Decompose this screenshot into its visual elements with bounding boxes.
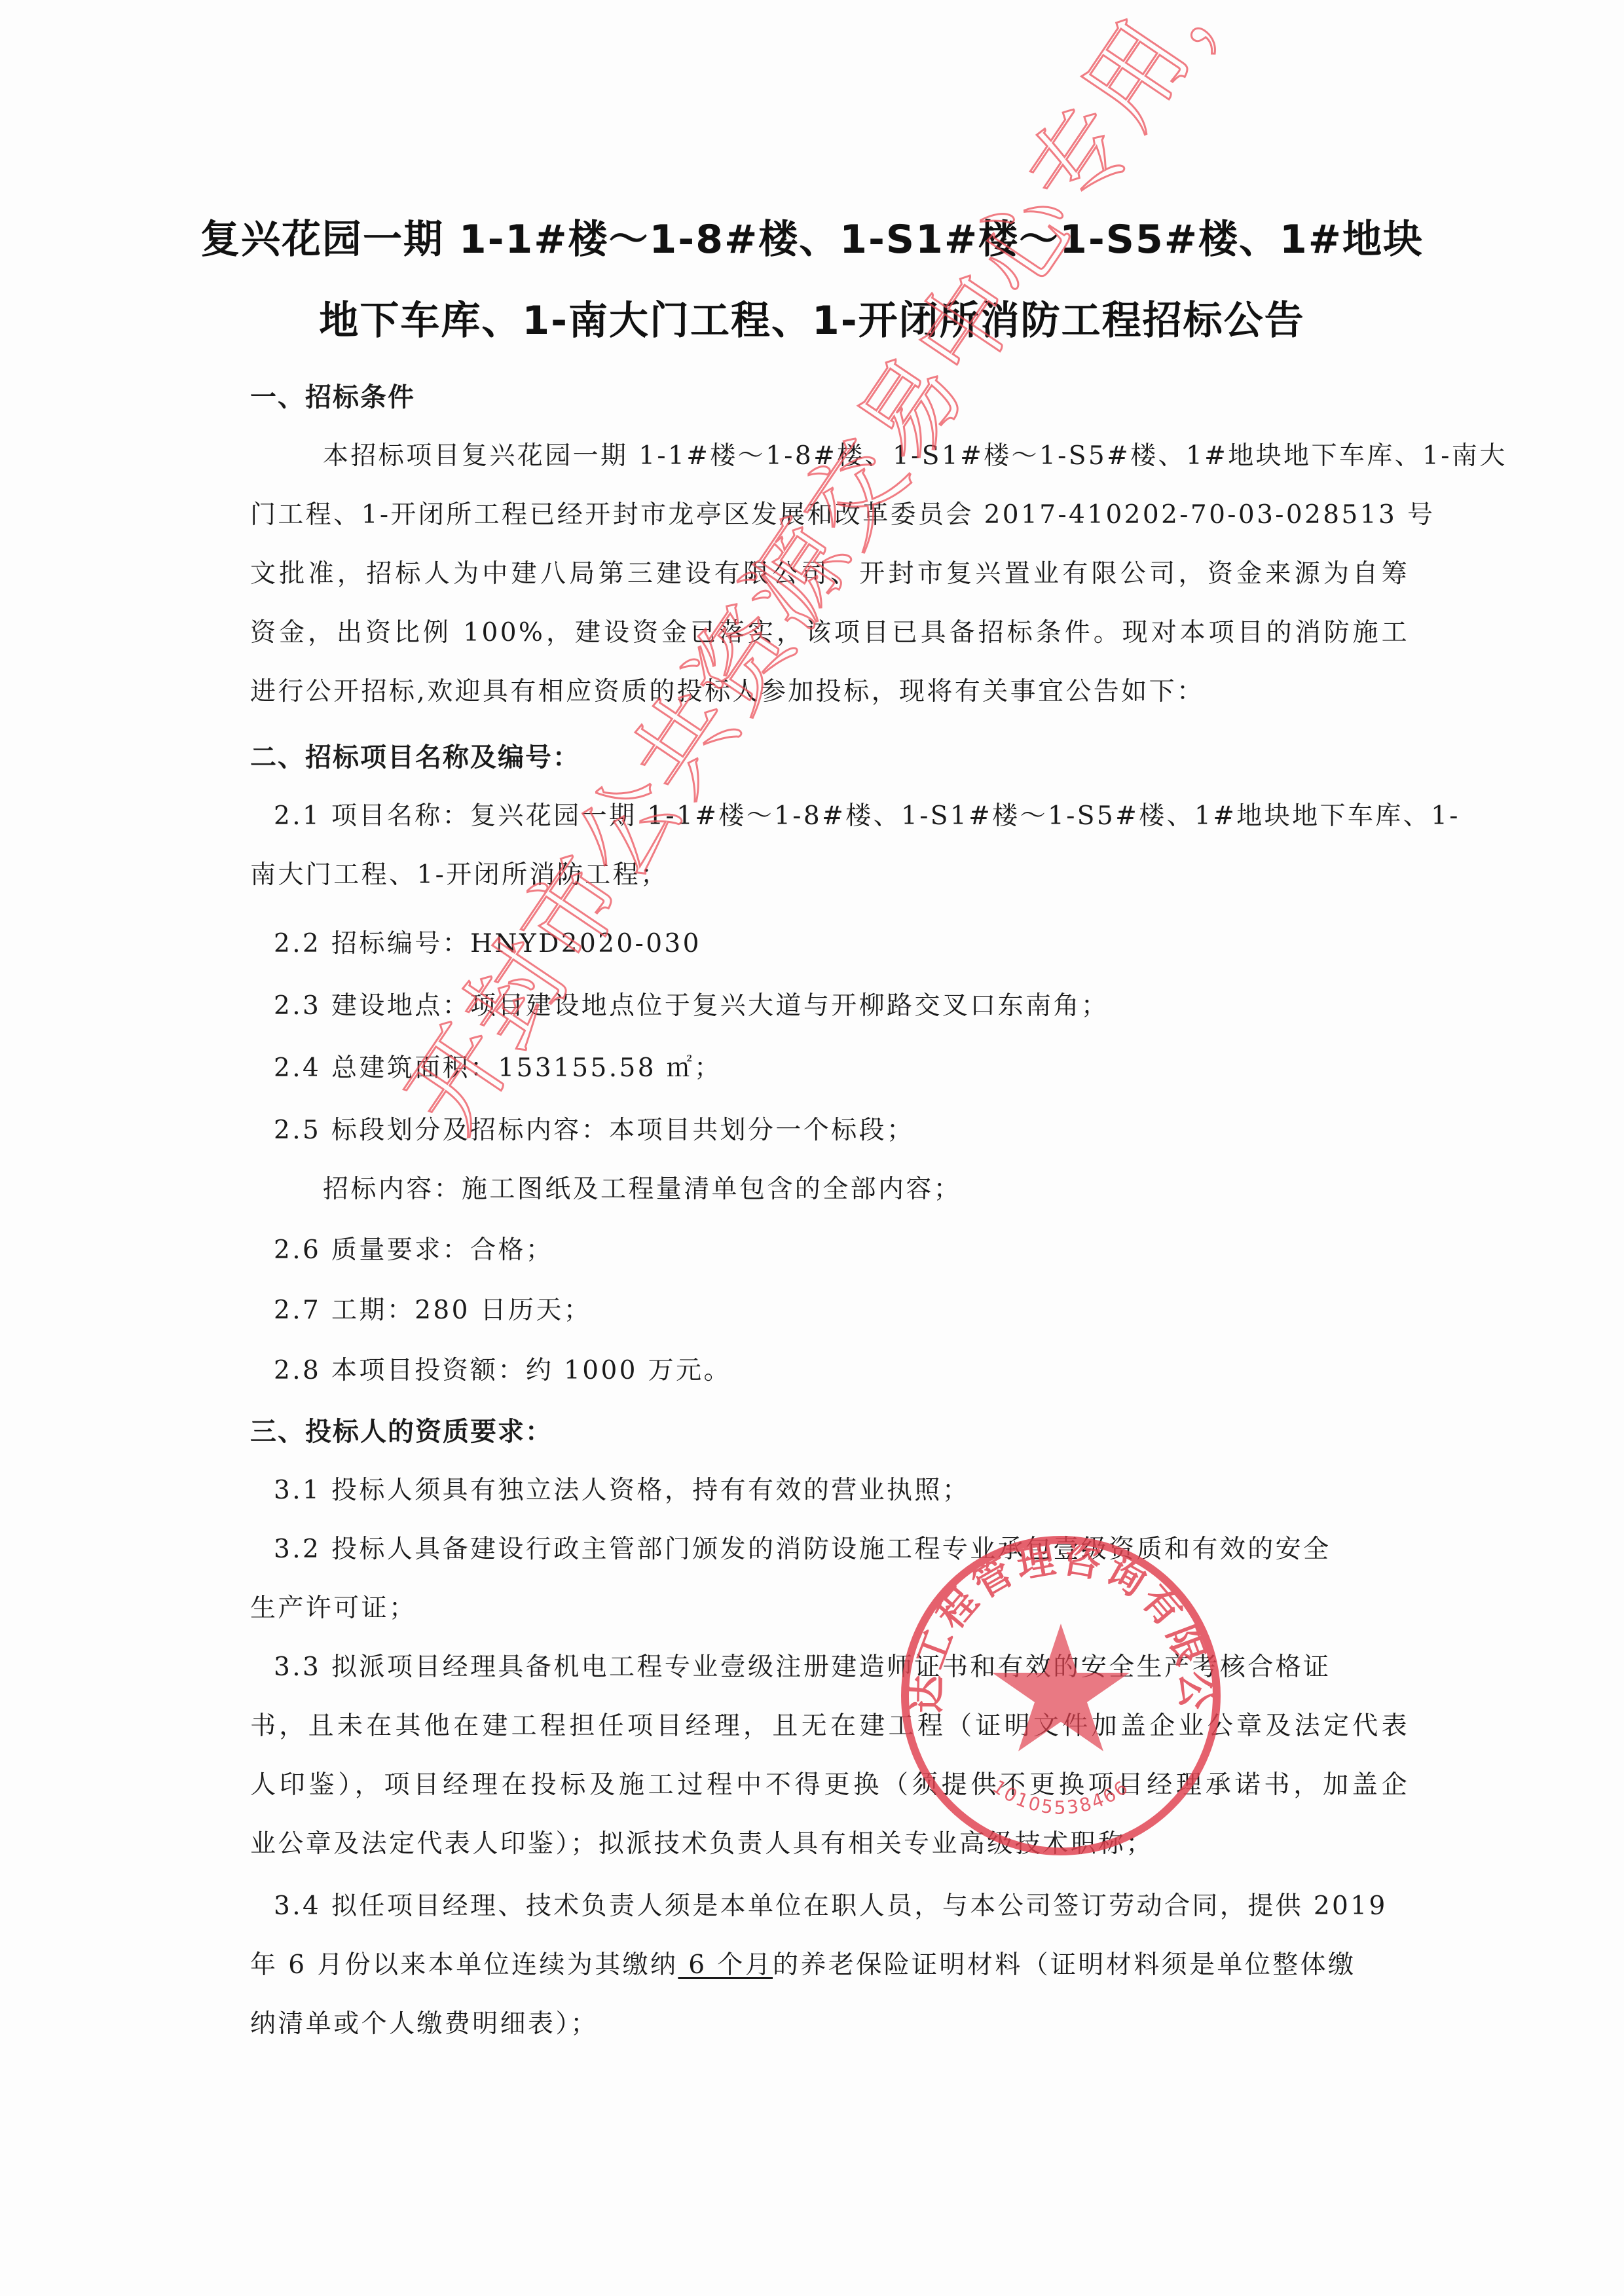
item-3-4-line-1: 3.4 拟任项目经理、技术负责人须是本单位在职人员，与本公司签订劳动合同，提供 …	[274, 1886, 1410, 1922]
item-3-4-line-2-end: 的养老保险证明材料（证明材料须是单位整体缴	[773, 1950, 1356, 1980]
item-2-1-line-1: 2.1 项目名称：复兴花园一期 1-1#楼～1-8#楼、1-S1#楼～1-S5#…	[274, 795, 1400, 832]
item-2-1-line-2: 南大门工程、1-开闭所消防工程；	[250, 854, 1403, 891]
item-3-3-line-3: 人印鉴），项目经理在投标及施工过程中不得更换（须提供不更换项目经理承诺书，加盖企	[250, 1764, 1409, 1801]
section-2-heading: 二、招标项目名称及编号：	[250, 737, 1403, 774]
section-1-line-5: 进行公开招标,欢迎具有相应资质的投标人参加投标，现将有关事宜公告如下：	[250, 671, 1403, 708]
section-1-line-2: 门工程、1-开闭所工程已经开封市龙亭区发展和改革委员会 2017-410202-…	[250, 494, 1409, 531]
item-3-4-line-2-start: 年 6 月份以来本单位连续为其缴纳	[250, 1950, 678, 1980]
item-2-5-content: 招标内容：施工图纸及工程量清单包含的全部内容；	[323, 1169, 1475, 1205]
item-3-3-line-1: 3.3 拟派项目经理具备机电工程专业壹级注册建造师证书和有效的安全生产考核合格证	[274, 1647, 1410, 1683]
item-3-2-line-2: 生产许可证；	[250, 1588, 1403, 1624]
item-3-1: 3.1 投标人须具有独立法人资格，持有有效的营业执照；	[274, 1470, 1426, 1506]
item-2-3: 2.3 建设地点：项目建设地点位于复兴大道与开柳路交叉口东南角；	[274, 985, 1426, 1022]
section-1-line-4: 资金，出资比例 100%，建设资金已落实，该项目已具备招标条件。现对本项目的消防…	[250, 612, 1409, 649]
item-3-3-line-4: 业公章及法定代表人印鉴）；拟派技术负责人具有相关专业高级技术职称；	[250, 1823, 1403, 1860]
item-3-2-line-1: 3.2 投标人具备建设行政主管部门颁发的消防设施工程专业承包壹级资质和有效的安全	[274, 1529, 1410, 1565]
item-3-4-line-3: 纳清单或个人缴费明细表）；	[250, 2003, 1403, 2040]
section-1-heading: 一、招标条件	[250, 376, 1403, 414]
document-page: 复兴花园一期 1-1#楼～1-8#楼、1-S1#楼～1-S5#楼、1#地块 地下…	[0, 0, 1624, 2296]
company-seal-icon: 信达工程管理咨询有限公司 4101055384668	[891, 1525, 1231, 1866]
title-line-1: 复兴花园一期 1-1#楼～1-8#楼、1-S1#楼～1-S5#楼、1#地块	[196, 208, 1428, 264]
section-1-line-3: 文批准，招标人为中建八局第三建设有限公司、开封市复兴置业有限公司，资金来源为自筹	[250, 553, 1409, 590]
item-3-3-line-2: 书，且未在其他在建工程担任项目经理，且无在建工程（证明文件加盖企业公章及法定代表	[250, 1705, 1409, 1742]
item-3-4-line-2: 年 6 月份以来本单位连续为其缴纳 6 个月的养老保险证明材料（证明材料须是单位…	[250, 1944, 1403, 1981]
item-2-8: 2.8 本项目投资额：约 1000 万元。	[274, 1350, 1426, 1387]
item-2-2: 2.2 招标编号：HNYD2020-030	[274, 923, 1426, 960]
item-2-5: 2.5 标段划分及招标内容：本项目共划分一个标段；	[274, 1110, 1426, 1146]
section-1-line-1: 本招标项目复兴花园一期 1-1#楼～1-8#楼、1-S1#楼～1-S5#楼、1#…	[323, 435, 1410, 472]
section-3-heading: 三、投标人的资质要求：	[250, 1411, 1403, 1448]
item-2-6: 2.6 质量要求：合格；	[274, 1230, 1426, 1266]
item-2-4: 2.4 总建筑面积：153155.58 ㎡；	[274, 1048, 1426, 1084]
item-2-7: 2.7 工期：280 日历天；	[274, 1290, 1426, 1326]
pension-months-underlined: 6 个月	[678, 1950, 773, 1980]
title-line-2: 地下车库、1-南大门工程、1-开闭所消防工程招标公告	[196, 289, 1428, 346]
